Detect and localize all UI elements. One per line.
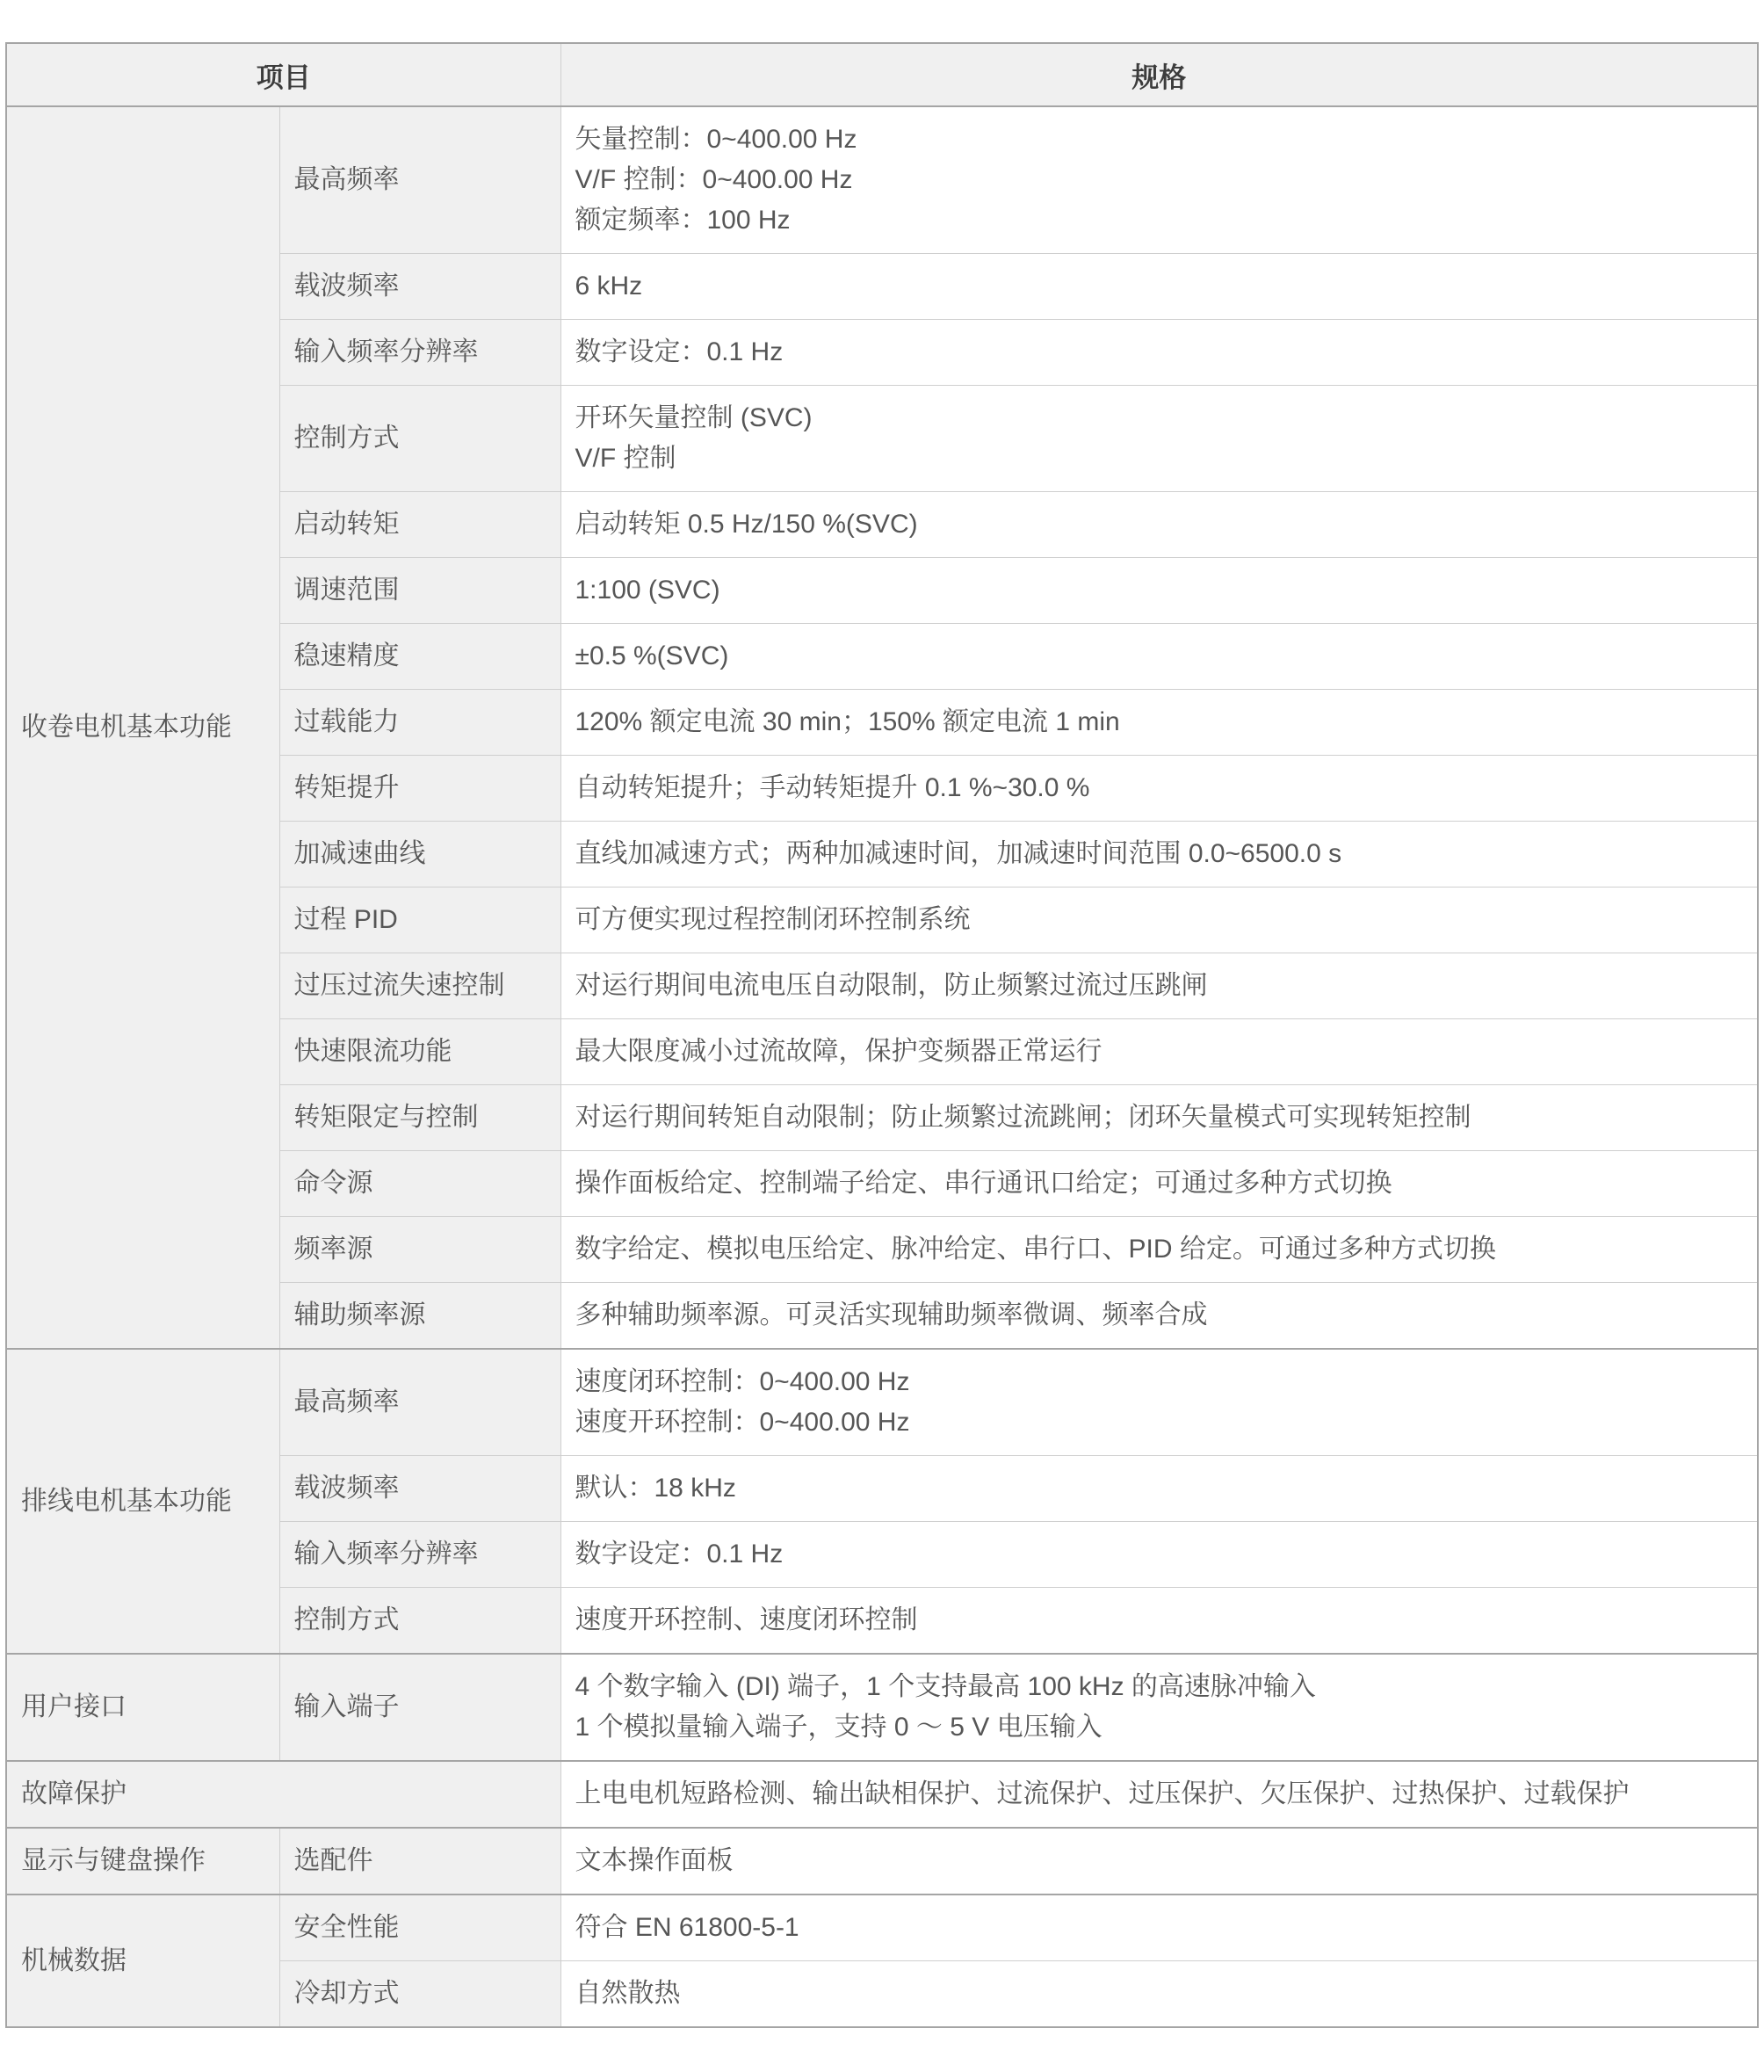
item-cell: 频率源 [279, 1217, 560, 1283]
spec-cell: 最大限度减小过流故障，保护变频器正常运行 [560, 1019, 1758, 1085]
item-cell: 加减速曲线 [279, 822, 560, 887]
item-cell: 控制方式 [279, 386, 560, 492]
spec-line: 对运行期间电流电压自动限制，防止频繁过流过压跳闸 [575, 966, 1744, 1006]
spec-line: V/F 控制：0~400.00 Hz [575, 160, 1744, 200]
item-cell: 稳速精度 [279, 624, 560, 690]
spec-line: 速度开环控制、速度闭环控制 [575, 1600, 1744, 1641]
spec-line: 6 kHz [575, 266, 1744, 307]
spec-cell: 对运行期间转矩自动限制；防止频繁过流跳闸；闭环矢量模式可实现转矩控制 [560, 1085, 1758, 1151]
item-cell: 载波频率 [279, 254, 560, 320]
item-cell: 输入频率分辨率 [279, 1522, 560, 1588]
table-row: 排线电机基本功能最高频率速度闭环控制：0~400.00 Hz速度开环控制：0~4… [6, 1349, 1758, 1456]
item-cell: 最高频率 [279, 106, 560, 254]
spec-cell: 4 个数字输入 (DI) 端子，1 个支持最高 100 kHz 的高速脉冲输入1… [560, 1654, 1758, 1761]
item-cell: 过程 PID [279, 887, 560, 953]
spec-line: 1:100 (SVC) [575, 570, 1744, 611]
spec-line: V/F 控制 [575, 438, 1744, 479]
table-row: 用户接口输入端子4 个数字输入 (DI) 端子，1 个支持最高 100 kHz … [6, 1654, 1758, 1761]
item-cell: 选配件 [279, 1828, 560, 1895]
header-row: 项目 规格 [6, 43, 1758, 106]
spec-cell: 操作面板给定、控制端子给定、串行通讯口给定；可通过多种方式切换 [560, 1151, 1758, 1217]
group-label-cell: 排线电机基本功能 [6, 1349, 279, 1654]
spec-cell: 速度闭环控制：0~400.00 Hz速度开环控制：0~400.00 Hz [560, 1349, 1758, 1456]
item-cell: 命令源 [279, 1151, 560, 1217]
spec-cell: 数字设定：0.1 Hz [560, 1522, 1758, 1588]
spec-line: 自动转矩提升；手动转矩提升 0.1 %~30.0 % [575, 768, 1744, 808]
item-cell: 安全性能 [279, 1895, 560, 1961]
spec-cell: 上电电机短路检测、输出缺相保护、过流保护、过压保护、欠压保护、过热保护、过载保护 [560, 1761, 1758, 1828]
table-row: 故障保护上电电机短路检测、输出缺相保护、过流保护、过压保护、欠压保护、过热保护、… [6, 1761, 1758, 1828]
header-spec-column: 规格 [560, 43, 1758, 106]
spec-cell: 6 kHz [560, 254, 1758, 320]
item-cell: 启动转矩 [279, 492, 560, 558]
spec-line: 最大限度减小过流故障，保护变频器正常运行 [575, 1032, 1744, 1072]
item-cell: 载波频率 [279, 1456, 560, 1522]
item-cell: 过载能力 [279, 690, 560, 756]
table-row: 收卷电机基本功能最高频率矢量控制：0~400.00 HzV/F 控制：0~400… [6, 106, 1758, 254]
item-cell: 调速范围 [279, 558, 560, 624]
spec-cell: 数字设定：0.1 Hz [560, 320, 1758, 386]
spec-line: 1 个模拟量输入端子，支持 0 ～ 5 V 电压输入 [575, 1707, 1744, 1748]
spec-cell: 120% 额定电流 30 min；150% 额定电流 1 min [560, 690, 1758, 756]
spec-cell: 文本操作面板 [560, 1828, 1758, 1895]
group-label-cell: 显示与键盘操作 [6, 1828, 279, 1895]
item-cell: 过压过流失速控制 [279, 953, 560, 1019]
spec-line: 上电电机短路检测、输出缺相保护、过流保护、过压保护、欠压保护、过热保护、过载保护 [575, 1774, 1744, 1815]
spec-cell: 符合 EN 61800-5-1 [560, 1895, 1758, 1961]
group-label-cell: 故障保护 [6, 1761, 560, 1828]
spec-line: 4 个数字输入 (DI) 端子，1 个支持最高 100 kHz 的高速脉冲输入 [575, 1667, 1744, 1707]
spec-line: 默认：18 kHz [575, 1468, 1744, 1509]
spec-line: ±0.5 %(SVC) [575, 636, 1744, 677]
item-cell: 转矩限定与控制 [279, 1085, 560, 1151]
spec-cell: 开环矢量控制 (SVC)V/F 控制 [560, 386, 1758, 492]
table-row: 显示与键盘操作选配件文本操作面板 [6, 1828, 1758, 1895]
spec-cell: 启动转矩 0.5 Hz/150 %(SVC) [560, 492, 1758, 558]
spec-line: 额定频率：100 Hz [575, 200, 1744, 241]
spec-line: 自然散热 [575, 1974, 1744, 2014]
item-cell: 转矩提升 [279, 756, 560, 822]
spec-line: 数字设定：0.1 Hz [575, 1534, 1744, 1575]
spec-table-container: 项目 规格 收卷电机基本功能最高频率矢量控制：0~400.00 HzV/F 控制… [5, 42, 1759, 2028]
spec-cell: 默认：18 kHz [560, 1456, 1758, 1522]
item-cell: 输入端子 [279, 1654, 560, 1761]
spec-line: 120% 额定电流 30 min；150% 额定电流 1 min [575, 702, 1744, 743]
spec-line: 多种辅助频率源。可灵活实现辅助频率微调、频率合成 [575, 1295, 1744, 1336]
spec-cell: 速度开环控制、速度闭环控制 [560, 1588, 1758, 1655]
item-cell: 输入频率分辨率 [279, 320, 560, 386]
spec-line: 直线加减速方式；两种加减速时间，加减速时间范围 0.0~6500.0 s [575, 834, 1744, 874]
spec-table-body: 收卷电机基本功能最高频率矢量控制：0~400.00 HzV/F 控制：0~400… [6, 106, 1758, 2027]
spec-cell: 1:100 (SVC) [560, 558, 1758, 624]
spec-line: 可方便实现过程控制闭环控制系统 [575, 900, 1744, 940]
spec-line: 数字设定：0.1 Hz [575, 332, 1744, 373]
item-cell: 最高频率 [279, 1349, 560, 1456]
spec-line: 速度闭环控制：0~400.00 Hz [575, 1362, 1744, 1402]
spec-line: 矢量控制：0~400.00 Hz [575, 120, 1744, 160]
spec-cell: 对运行期间电流电压自动限制，防止频繁过流过压跳闸 [560, 953, 1758, 1019]
spec-line: 文本操作面板 [575, 1841, 1744, 1881]
spec-line: 启动转矩 0.5 Hz/150 %(SVC) [575, 504, 1744, 545]
spec-cell: 可方便实现过程控制闭环控制系统 [560, 887, 1758, 953]
spec-cell: 自然散热 [560, 1961, 1758, 2028]
group-label-cell: 用户接口 [6, 1654, 279, 1761]
group-label-cell: 收卷电机基本功能 [6, 106, 279, 1349]
spec-cell: 多种辅助频率源。可灵活实现辅助频率微调、频率合成 [560, 1283, 1758, 1350]
item-cell: 冷却方式 [279, 1961, 560, 2028]
table-row: 机械数据安全性能符合 EN 61800-5-1 [6, 1895, 1758, 1961]
spec-line: 符合 EN 61800-5-1 [575, 1908, 1744, 1948]
header-item-column: 项目 [6, 43, 560, 106]
group-label-cell: 机械数据 [6, 1895, 279, 2027]
spec-line: 开环矢量控制 (SVC) [575, 398, 1744, 438]
spec-cell: 矢量控制：0~400.00 HzV/F 控制：0~400.00 Hz额定频率：1… [560, 106, 1758, 254]
item-cell: 控制方式 [279, 1588, 560, 1655]
spec-line: 速度开环控制：0~400.00 Hz [575, 1402, 1744, 1443]
spec-cell: 数字给定、模拟电压给定、脉冲给定、串行口、PID 给定。可通过多种方式切换 [560, 1217, 1758, 1283]
spec-table: 项目 规格 收卷电机基本功能最高频率矢量控制：0~400.00 HzV/F 控制… [5, 42, 1759, 2028]
spec-cell: 直线加减速方式；两种加减速时间，加减速时间范围 0.0~6500.0 s [560, 822, 1758, 887]
spec-line: 操作面板给定、控制端子给定、串行通讯口给定；可通过多种方式切换 [575, 1163, 1744, 1204]
spec-line: 数字给定、模拟电压给定、脉冲给定、串行口、PID 给定。可通过多种方式切换 [575, 1229, 1744, 1270]
spec-line: 对运行期间转矩自动限制；防止频繁过流跳闸；闭环矢量模式可实现转矩控制 [575, 1098, 1744, 1138]
item-cell: 辅助频率源 [279, 1283, 560, 1350]
spec-cell: 自动转矩提升；手动转矩提升 0.1 %~30.0 % [560, 756, 1758, 822]
item-cell: 快速限流功能 [279, 1019, 560, 1085]
spec-cell: ±0.5 %(SVC) [560, 624, 1758, 690]
